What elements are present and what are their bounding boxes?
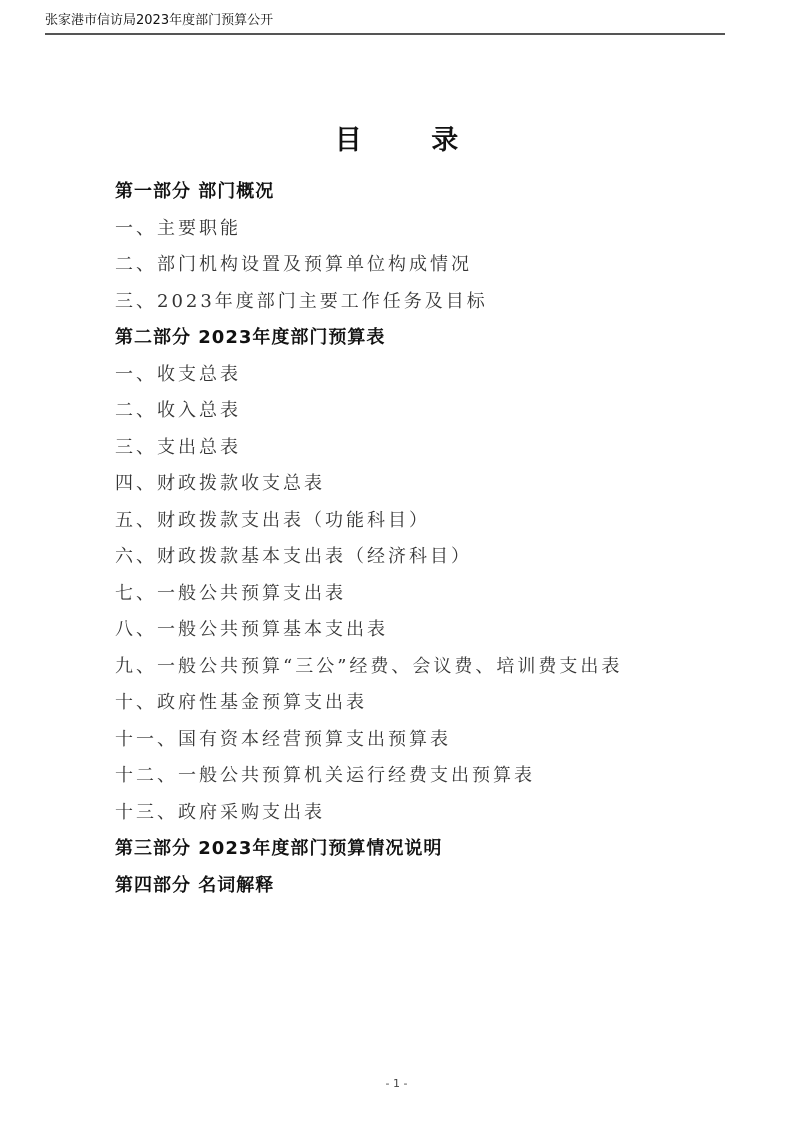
page-title: 目 录 [0, 118, 793, 157]
toc-item[interactable]: 九、一般公共预算“三公”经费、会议费、培训费支出表 [115, 649, 622, 686]
toc-item[interactable]: 三、2023年度部门主要工作任务及目标 [115, 284, 622, 321]
toc-part[interactable]: 第二部分 2023年度部门预算表 [115, 320, 622, 357]
toc-item[interactable]: 十二、一般公共预算机关运行经费支出预算表 [115, 758, 622, 795]
toc-item[interactable]: 十一、国有资本经营预算支出预算表 [115, 722, 622, 759]
toc-part[interactable]: 第四部分 名词解释 [115, 868, 622, 905]
toc-item[interactable]: 一、收支总表 [115, 357, 622, 394]
toc-item[interactable]: 十、政府性基金预算支出表 [115, 685, 622, 722]
toc-item[interactable]: 五、财政拨款支出表（功能科目） [115, 503, 622, 540]
page-number: - 1 - [0, 1077, 793, 1090]
toc-item[interactable]: 一、主要职能 [115, 211, 622, 248]
toc-item[interactable]: 二、部门机构设置及预算单位构成情况 [115, 247, 622, 284]
table-of-contents: 第一部分 部门概况 一、主要职能 二、部门机构设置及预算单位构成情况 三、202… [115, 174, 622, 904]
toc-item[interactable]: 四、财政拨款收支总表 [115, 466, 622, 503]
toc-part[interactable]: 第一部分 部门概况 [115, 174, 622, 211]
toc-item[interactable]: 十三、政府采购支出表 [115, 795, 622, 832]
toc-item[interactable]: 八、一般公共预算基本支出表 [115, 612, 622, 649]
running-header: 张家港市信访局2023年度部门预算公开 [45, 9, 725, 28]
toc-part[interactable]: 第三部分 2023年度部门预算情况说明 [115, 831, 622, 868]
toc-item[interactable]: 六、财政拨款基本支出表（经济科目） [115, 539, 622, 576]
toc-item[interactable]: 七、一般公共预算支出表 [115, 576, 622, 613]
toc-item[interactable]: 三、支出总表 [115, 430, 622, 467]
header-rule [45, 33, 725, 35]
toc-item[interactable]: 二、收入总表 [115, 393, 622, 430]
